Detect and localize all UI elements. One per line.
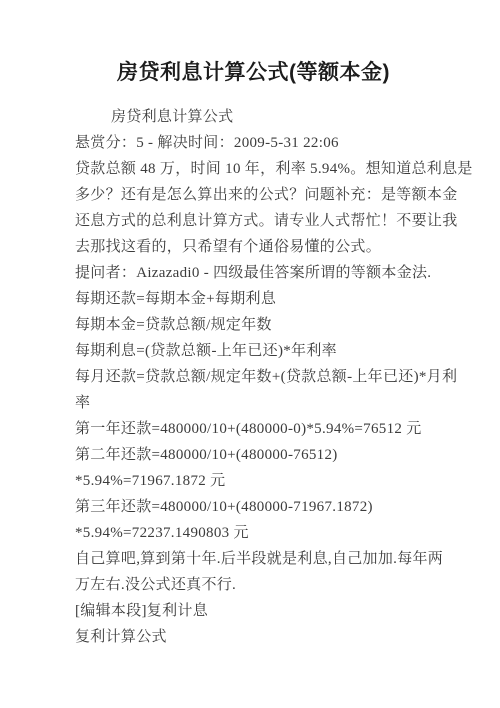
text-line: 多少？还有是怎么算出来的公式？问题补充：是等额本金 (75, 182, 432, 208)
text-line: 悬赏分：5 - 解决时间：2009-5-31 22:06 (75, 130, 432, 156)
text-line: 贷款总额 48 万，时间 10 年，利率 5.94%。想知道总利息是 (75, 156, 432, 182)
text-line: *5.94%=72237.1490803 元 (75, 520, 432, 546)
text-line: 万左右.没公式还真不行. (75, 572, 432, 598)
text-line: 率 (75, 390, 432, 416)
text-line: 第一年还款=480000/10+(480000-0)*5.94%=76512 元 (75, 416, 432, 442)
text-line: 第三年还款=480000/10+(480000-71967.1872) (75, 494, 432, 520)
text-line: 每月还款=贷款总额/规定年数+(贷款总额-上年已还)*月利 (75, 364, 432, 390)
document-page: 房贷利息计算公式(等额本金) 房贷利息计算公式悬赏分：5 - 解决时间：2009… (0, 0, 500, 708)
text-line: 自己算吧,算到第十年.后半段就是利息,自己加加.每年两 (75, 546, 432, 572)
text-line: 每期还款=每期本金+每期利息 (75, 286, 432, 312)
text-line: 提问者：Aizazadi0 - 四级最佳答案所谓的等额本金法. (75, 260, 432, 286)
document-body: 房贷利息计算公式悬赏分：5 - 解决时间：2009-5-31 22:06贷款总额… (75, 104, 432, 650)
text-line: [编辑本段]复利计息 (75, 598, 432, 624)
text-line: 还息方式的总利息计算方式。请专业人式帮忙！不要让我 (75, 208, 432, 234)
document-title: 房贷利息计算公式(等额本金) (65, 58, 442, 88)
text-line: 第二年还款=480000/10+(480000-76512) (75, 442, 432, 468)
text-line: 房贷利息计算公式 (75, 104, 432, 130)
text-line: 每期利息=(贷款总额-上年已还)*年利率 (75, 338, 432, 364)
text-line: *5.94%=71967.1872 元 (75, 468, 432, 494)
text-line: 去那找这看的，只希望有个通俗易懂的公式。 (75, 234, 432, 260)
text-line: 复利计算公式 (75, 624, 432, 650)
text-line: 每期本金=贷款总额/规定年数 (75, 312, 432, 338)
